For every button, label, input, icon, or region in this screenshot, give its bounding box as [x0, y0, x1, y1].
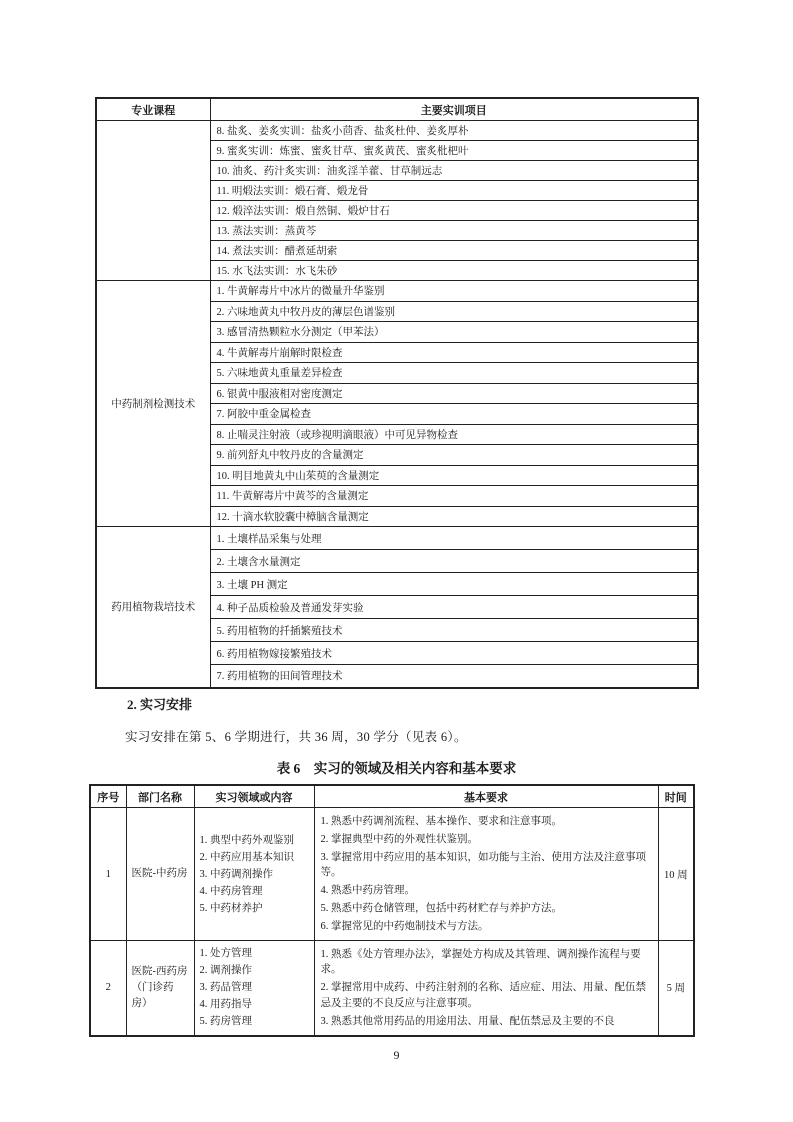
requirement-item: 1. 熟悉中药调剂流程、基本操作、要求和注意事项。 [321, 814, 652, 830]
content-line: 4. 用药指导 [200, 996, 309, 1013]
page-number: 9 [0, 1048, 793, 1063]
table1-header-projects: 主要实训项目 [210, 98, 698, 121]
training-item-cell: 5. 药用植物的扦插繁殖技术 [210, 619, 698, 642]
table2-header-department: 部门名称 [126, 785, 194, 808]
table1-row: 药用植物栽培技术1. 土壤样品采集与处理 [96, 527, 698, 550]
training-item-cell: 10. 明目地黄丸中山茱萸的含量测定 [210, 465, 698, 486]
content-cell: 1. 典型中药外观鉴别2. 中药应用基本知识3. 中药调剂操作4. 中药房管理5… [194, 808, 314, 941]
table1-header-row: 专业课程 主要实训项目 [96, 98, 698, 121]
table1-header-course: 专业课程 [96, 98, 210, 121]
training-item-cell: 1. 土壤样品采集与处理 [210, 527, 698, 550]
course-name-cell [96, 121, 210, 281]
table2-header-time: 时间 [658, 785, 694, 808]
training-item-cell: 6. 药用植物嫁接繁殖技术 [210, 642, 698, 665]
time-cell: 5 周 [658, 941, 694, 1036]
table2-header-no: 序号 [90, 785, 126, 808]
requirement-item: 4. 熟悉中药房管理。 [321, 883, 652, 899]
internship-table: 序号 部门名称 实习领域或内容 基本要求 时间 1医院-中药房1. 典型中药外观… [89, 784, 695, 1037]
content-cell: 1. 处方管理2. 调剂操作3. 药品管理4. 用药指导5. 药房管理 [194, 941, 314, 1036]
training-item-cell: 13. 蒸法实训：蒸黄芩 [210, 221, 698, 241]
department-cell: 医院-西药房（门诊药房） [126, 941, 194, 1036]
content-line: 3. 药品管理 [200, 979, 309, 996]
internship-row: 1医院-中药房1. 典型中药外观鉴别2. 中药应用基本知识3. 中药调剂操作4.… [90, 808, 694, 941]
intro-paragraph: 实习安排在第 5、6 学期进行，共 36 周，30 学分（见表 6）。 [125, 727, 467, 745]
training-item-cell: 3. 土壤 PH 测定 [210, 573, 698, 596]
requirement-item: 5. 熟悉中药仓储管理，包括中药材贮存与养护方法。 [321, 901, 652, 917]
training-item-cell: 8. 止喘灵注射液（或珍视明滴眼液）中可见异物检查 [210, 424, 698, 445]
training-item-cell: 11. 牛黄解毒片中黄芩的含量测定 [210, 486, 698, 507]
content-line: 2. 调剂操作 [200, 962, 309, 979]
row-number-cell: 1 [90, 808, 126, 941]
department-cell: 医院-中药房 [126, 808, 194, 941]
requirement-item: 3. 熟悉其他常用药品的用途用法、用量、配伍禁忌及主要的不良 [321, 1014, 652, 1030]
training-item-cell: 9. 前列舒丸中牧丹皮的含量测定 [210, 445, 698, 466]
internship-row: 2医院-西药房（门诊药房）1. 处方管理2. 调剂操作3. 药品管理4. 用药指… [90, 941, 694, 1036]
training-item-cell: 4. 牛黄解毒片崩解时限检查 [210, 342, 698, 363]
course-name-cell: 中药制剂检测技术 [96, 281, 210, 527]
training-item-cell: 12. 十滴水软胶囊中樟脑含量测定 [210, 506, 698, 527]
table2-header-row: 序号 部门名称 实习领域或内容 基本要求 时间 [90, 785, 694, 808]
table1-row: 8. 盐炙、姜炙实训：盐炙小茴香、盐炙杜仲、姜炙厚朴 [96, 121, 698, 141]
training-item-cell: 3. 感冒清热颗粒水分测定（甲苯法） [210, 322, 698, 343]
content-line: 3. 中药调剂操作 [200, 866, 309, 883]
content-line: 1. 处方管理 [200, 945, 309, 962]
requirements-cell: 1. 熟悉中药调剂流程、基本操作、要求和注意事项。2. 掌握典型中药的外观性状鉴… [314, 808, 658, 941]
training-item-cell: 11. 明煅法实训：煅石膏、煅龙骨 [210, 181, 698, 201]
training-item-cell: 1. 牛黄解毒片中冰片的微量升华鉴别 [210, 281, 698, 302]
training-item-cell: 7. 阿胶中重金属检查 [210, 404, 698, 425]
training-item-cell: 4. 种子品质检验及普通发芽实验 [210, 596, 698, 619]
training-item-cell: 12. 煅淬法实训：煅自然铜、煅炉甘石 [210, 201, 698, 221]
content-line: 1. 典型中药外观鉴别 [200, 832, 309, 849]
course-name-cell: 药用植物栽培技术 [96, 527, 210, 688]
content-line: 5. 药房管理 [200, 1013, 309, 1030]
training-item-cell: 5. 六味地黄丸重量差异检查 [210, 363, 698, 384]
training-item-cell: 10. 油炙、药汁炙实训：油炙淫羊藿、甘草制远志 [210, 161, 698, 181]
requirement-item: 6. 掌握常见的中药炮制技术与方法。 [321, 919, 652, 935]
content-line: 5. 中药材养护 [200, 900, 309, 917]
training-item-cell: 2. 土壤含水量测定 [210, 550, 698, 573]
table2-header-content: 实习领域或内容 [194, 785, 314, 808]
training-item-cell: 15. 水飞法实训：水飞朱砂 [210, 261, 698, 281]
time-cell: 10 周 [658, 808, 694, 941]
requirement-item: 1. 熟悉《处方管理办法》，掌握处方构成及其管理、调剂操作流程与要求。 [321, 947, 652, 978]
document-page: 专业课程 主要实训项目 8. 盐炙、姜炙实训：盐炙小茴香、盐炙杜仲、姜炙厚朴9.… [0, 0, 793, 1122]
training-projects-table: 专业课程 主要实训项目 8. 盐炙、姜炙实训：盐炙小茴香、盐炙杜仲、姜炙厚朴9.… [95, 97, 699, 689]
training-item-cell: 6. 银黄中服液相对密度测定 [210, 383, 698, 404]
requirement-item: 2. 掌握常用中成药、中药注射剂的名称、适应症、用法、用量、配伍禁忌及主要的不良… [321, 980, 652, 1011]
requirement-item: 2. 掌握典型中药的外观性状鉴别。 [321, 832, 652, 848]
requirement-item: 3. 掌握常用中药应用的基本知识，如功能与主治、使用方法及注意事项等。 [321, 850, 652, 881]
table1-row: 中药制剂检测技术1. 牛黄解毒片中冰片的微量升华鉴别 [96, 281, 698, 302]
row-number-cell: 2 [90, 941, 126, 1036]
training-item-cell: 9. 蜜炙实训：炼蜜、蜜炙甘草、蜜炙黄芪、蜜炙枇杷叶 [210, 141, 698, 161]
table2-header-requirements: 基本要求 [314, 785, 658, 808]
section-heading: 2. 实习安排 [127, 694, 192, 713]
training-item-cell: 7. 药用植物的田间管理技术 [210, 665, 698, 688]
table6-caption: 表 6 实习的领域及相关内容和基本要求 [0, 757, 793, 777]
content-line: 2. 中药应用基本知识 [200, 849, 309, 866]
training-item-cell: 8. 盐炙、姜炙实训：盐炙小茴香、盐炙杜仲、姜炙厚朴 [210, 121, 698, 141]
requirements-cell: 1. 熟悉《处方管理办法》，掌握处方构成及其管理、调剂操作流程与要求。2. 掌握… [314, 941, 658, 1036]
content-line: 4. 中药房管理 [200, 883, 309, 900]
training-item-cell: 14. 煮法实训：醋煮延胡索 [210, 241, 698, 261]
training-item-cell: 2. 六味地黄丸中牧丹皮的薄层色谱鉴别 [210, 301, 698, 322]
